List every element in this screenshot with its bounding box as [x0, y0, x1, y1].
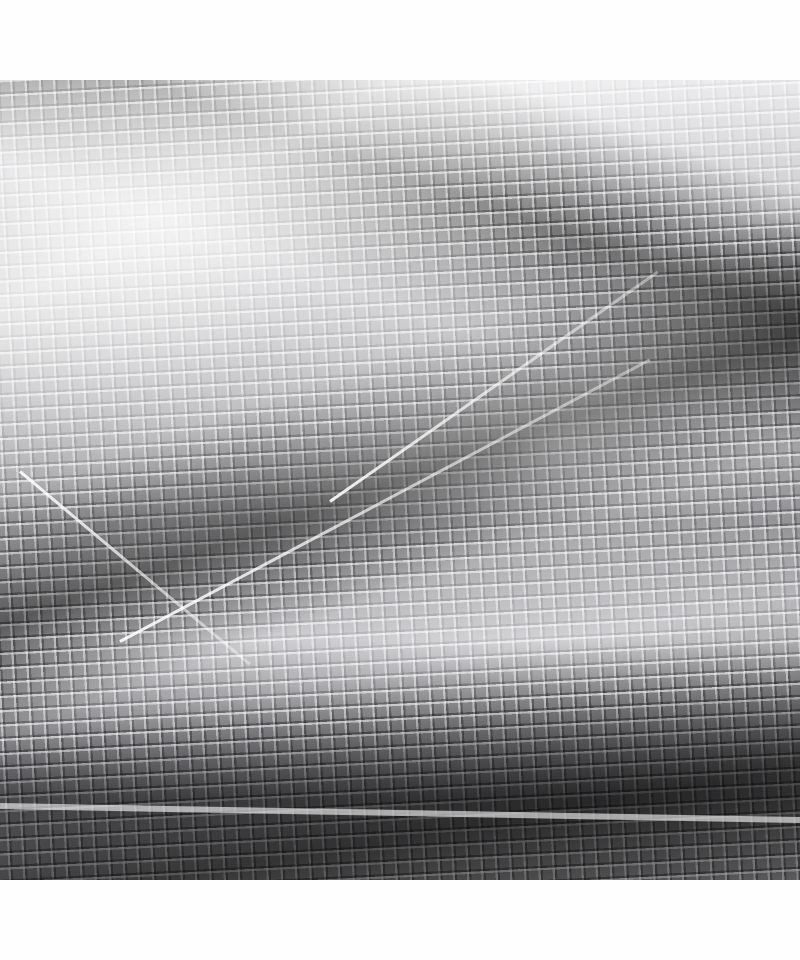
- foil-texture-photo: [0, 80, 800, 880]
- light-reflection: [0, 80, 800, 880]
- top-white-margin: [0, 0, 800, 80]
- bottom-white-margin: [0, 880, 800, 960]
